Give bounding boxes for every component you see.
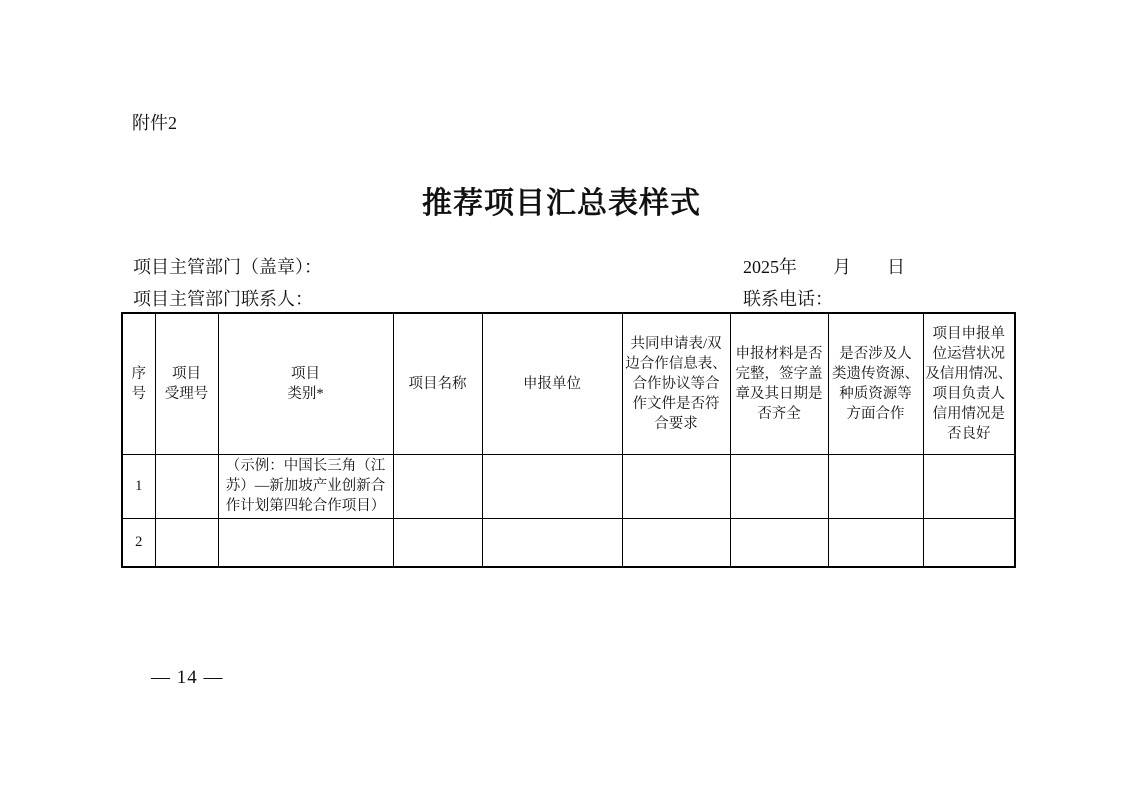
cell-project-name: [393, 518, 482, 567]
dept-seal-label: 项目主管部门（盖章）：: [133, 257, 322, 277]
info-line-2: 项目主管部门联系人： 联系电话：: [133, 288, 1013, 310]
header-project-name: 项目名称: [393, 313, 482, 454]
cell-acceptance-no: [155, 454, 218, 518]
document-page: 附件2 推荐项目汇总表样式 项目主管部门（盖章）： 2025年 月 日 项目主管…: [0, 0, 1123, 794]
header-seq-no: 序 号: [122, 313, 155, 454]
cell-credit-status: [923, 518, 1015, 567]
table-header-row: 序 号 项目 受理号 项目 类别* 项目名称 申报单位 共同申请表/双 边合作信…: [122, 313, 1015, 454]
cell-applicant-unit: [482, 454, 622, 518]
header-genetic-resources: 是否涉及人 类遗传资源、 种质资源等 方面合作: [828, 313, 923, 454]
cell-seq-no: 2: [122, 518, 155, 567]
cell-genetic-resources: [828, 454, 923, 518]
cell-credit-status: [923, 454, 1015, 518]
cell-seq-no: 1: [122, 454, 155, 518]
cell-acceptance-no: [155, 518, 218, 567]
cell-genetic-resources: [828, 518, 923, 567]
header-credit-status: 项目申报单 位运营状况 及信用情况、 项目负责人 信用情况是 否良好: [923, 313, 1015, 454]
dept-contact-label: 项目主管部门联系人：: [133, 289, 313, 309]
cell-project-name: [393, 454, 482, 518]
info-line-1: 项目主管部门（盖章）： 2025年 月 日: [133, 256, 1013, 278]
date-label: 2025年 月 日: [743, 256, 905, 278]
cell-project-category: （示例：中国长三角（江 苏）—新加坡产业创新合 作计划第四轮合作项目）: [218, 454, 393, 518]
cell-applicant-unit: [482, 518, 622, 567]
phone-label: 联系电话：: [743, 288, 833, 310]
cell-joint-docs-compliance: [622, 518, 730, 567]
header-acceptance-no: 项目 受理号: [155, 313, 218, 454]
page-title: 推荐项目汇总表样式: [0, 178, 1123, 222]
table-row: 2: [122, 518, 1015, 567]
header-joint-docs-compliance: 共同申请表/双 边合作信息表、 合作协议等合 作文件是否符 合要求: [622, 313, 730, 454]
project-summary-table: 序 号 项目 受理号 项目 类别* 项目名称 申报单位 共同申请表/双 边合作信…: [121, 312, 1016, 568]
cell-materials-complete: [730, 518, 828, 567]
header-applicant-unit: 申报单位: [482, 313, 622, 454]
page-number: — 14 —: [151, 667, 224, 689]
cell-joint-docs-compliance: [622, 454, 730, 518]
header-project-category: 项目 类别*: [218, 313, 393, 454]
cell-project-category: [218, 518, 393, 567]
table-row: 1 （示例：中国长三角（江 苏）—新加坡产业创新合 作计划第四轮合作项目）: [122, 454, 1015, 518]
header-materials-complete: 申报材料是否 完整，签字盖 章及其日期是 否齐全: [730, 313, 828, 454]
attachment-label: 附件2: [132, 112, 177, 134]
cell-materials-complete: [730, 454, 828, 518]
